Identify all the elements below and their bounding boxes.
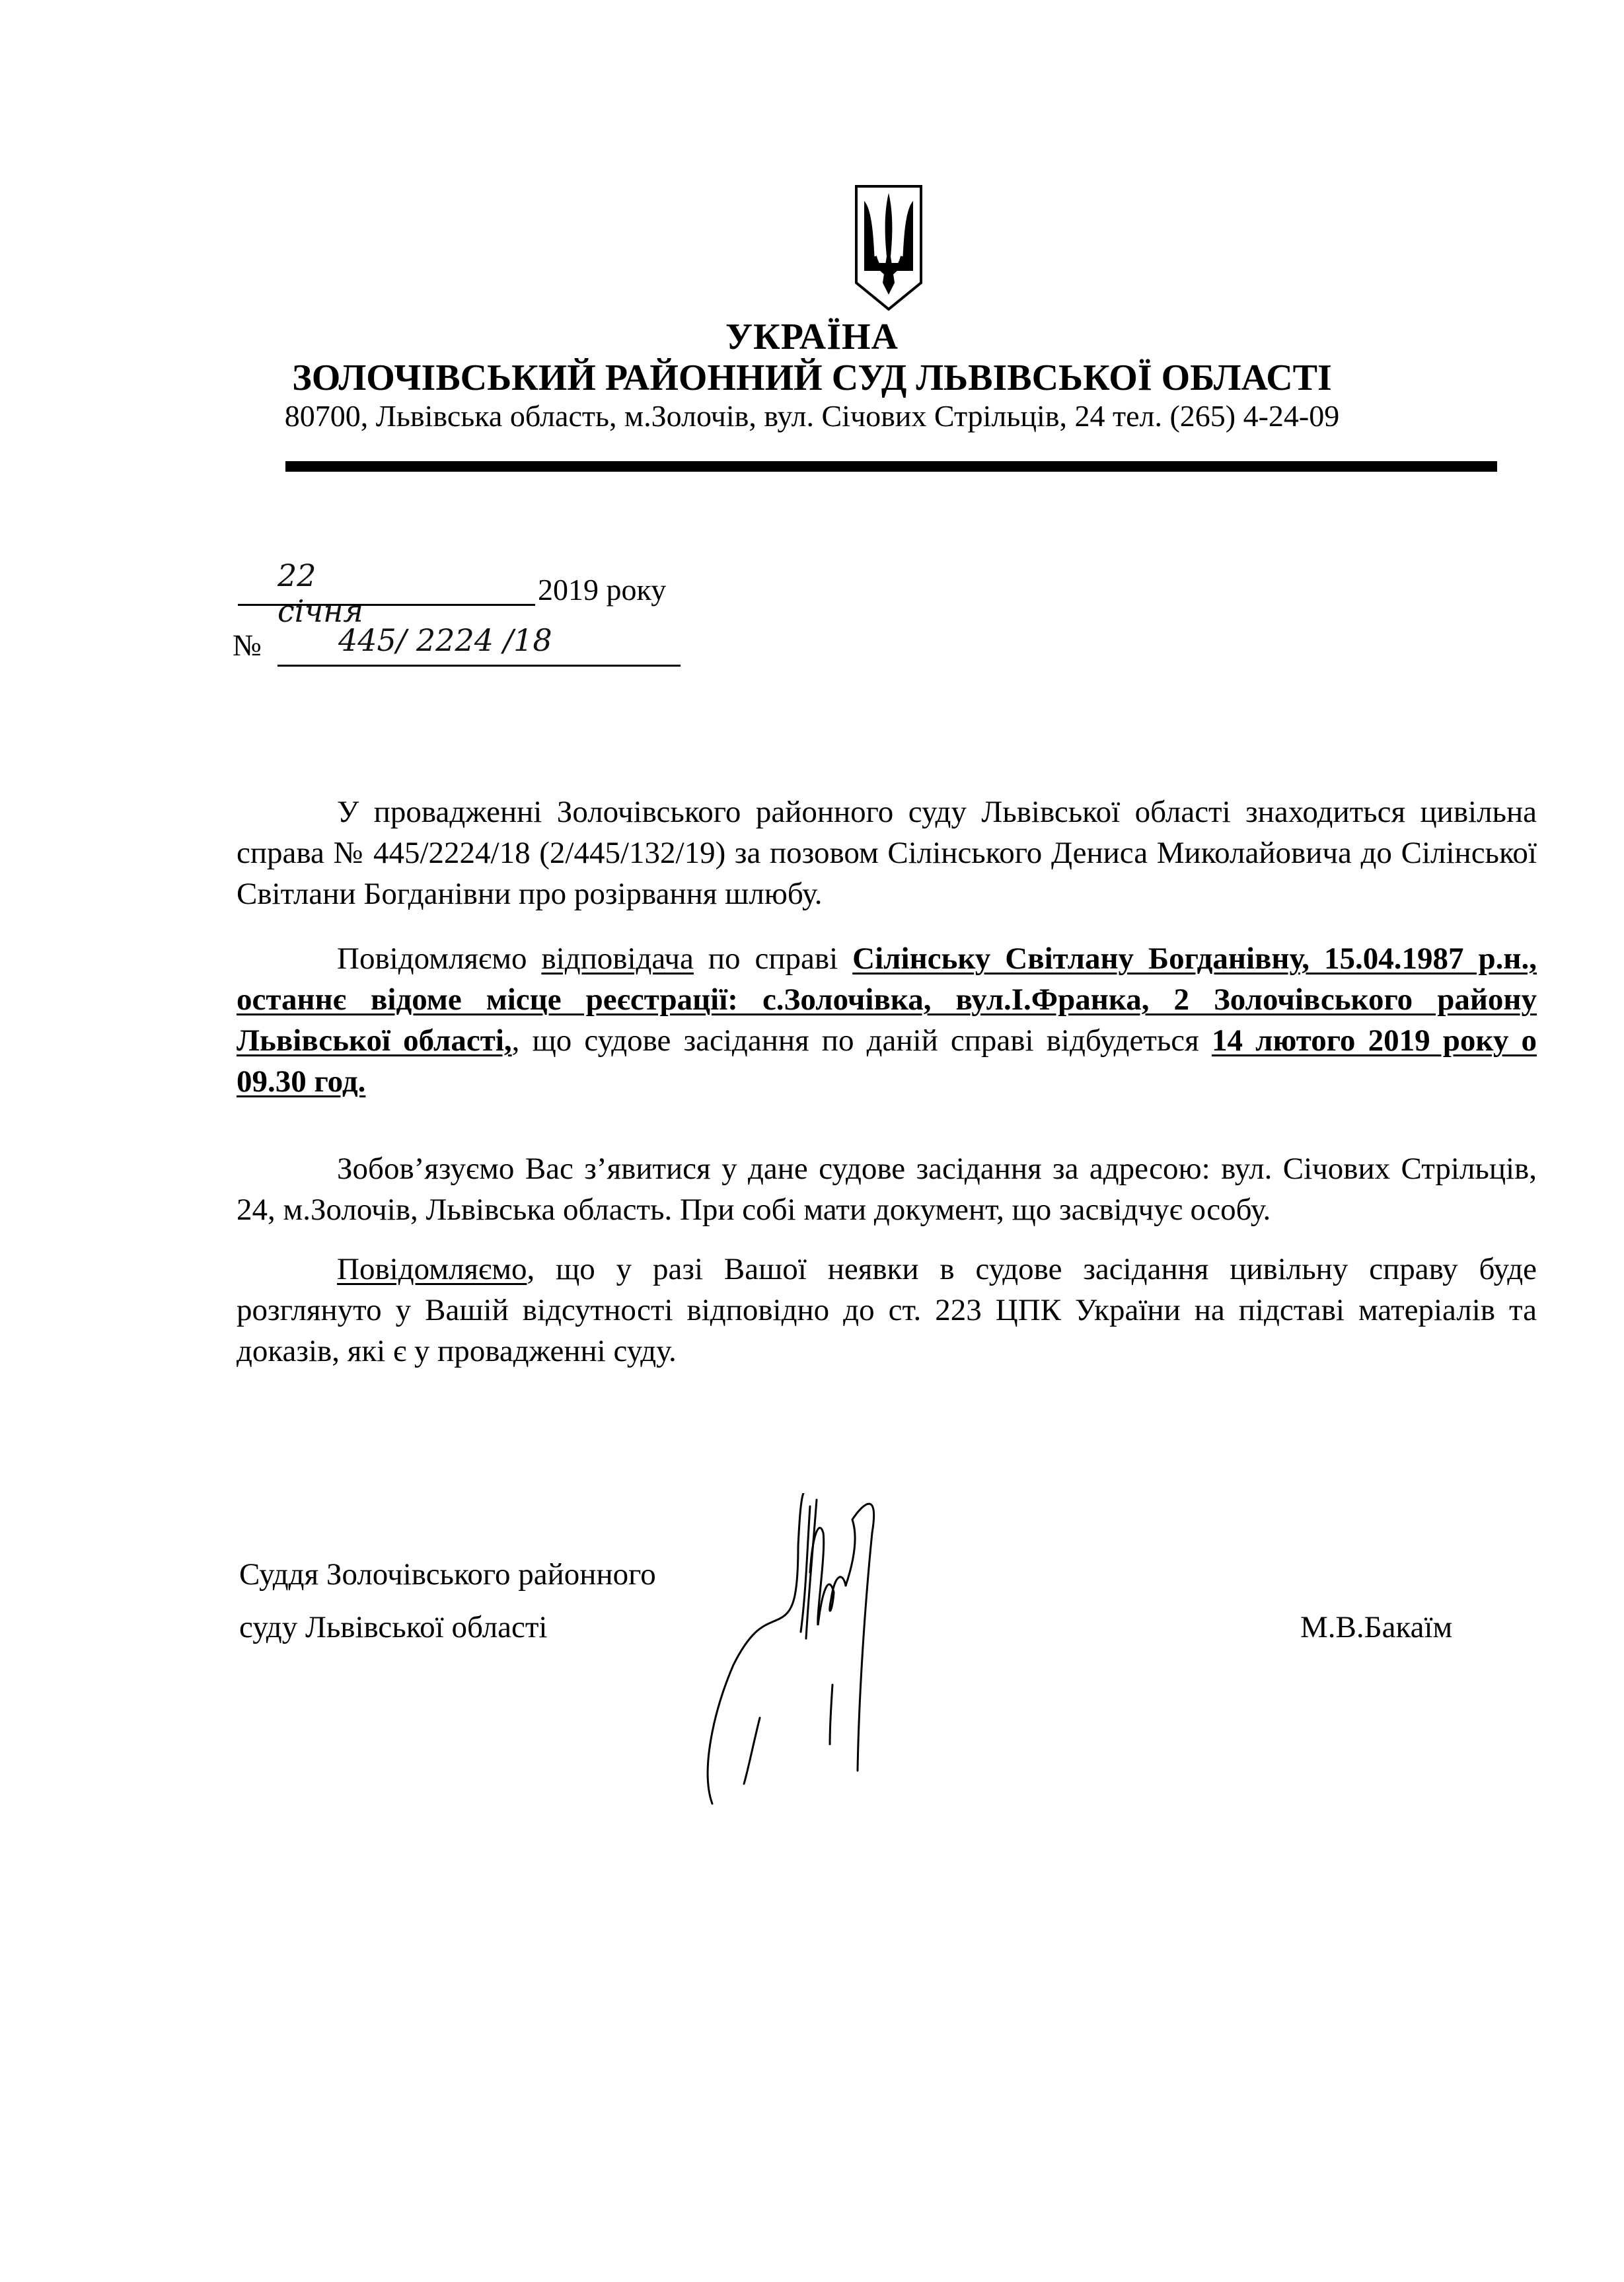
- paragraph-case-info: У провадженні Золочівського районного су…: [237, 791, 1537, 914]
- outgoing-number: № 445/ 2224 /18: [233, 628, 262, 663]
- notice-text-3: , що судове засідання по даній справі ві…: [512, 1023, 1212, 1058]
- judge-title-line2: суду Львівської області: [239, 1609, 548, 1645]
- date-underline: [238, 604, 535, 606]
- country-title: УКРАЇНА: [0, 316, 1624, 358]
- handwritten-date: 22 січня: [277, 558, 363, 629]
- court-name: ЗОЛОЧІВСЬКИЙ РАЙОННИЙ СУД ЛЬВІВСЬКОЇ ОБЛ…: [0, 357, 1624, 399]
- date-year: 2019 року: [538, 572, 666, 607]
- judge-name: М.В.Бакаїм: [1300, 1609, 1452, 1645]
- paragraph-summons: Зобов’язуємо Вас з’явитися у дане судове…: [237, 1148, 1537, 1230]
- notice-text: Повідомляємо: [337, 941, 541, 976]
- court-address: 80700, Львівська область, м.Золочів, вул…: [0, 398, 1624, 433]
- paragraph-warning: Повідомляємо, що у разі Вашої неявки в с…: [237, 1249, 1537, 1372]
- number-label: №: [233, 628, 262, 662]
- judge-title-line1: Суддя Золочівського районного: [239, 1557, 656, 1592]
- trident-emblem-icon: [854, 184, 924, 312]
- handwritten-number: 445/ 2224 /18: [338, 622, 552, 658]
- number-underline: [277, 665, 681, 667]
- handwritten-signature-icon: [687, 1493, 1150, 1810]
- defendant-label: відповідача: [541, 941, 693, 976]
- notice-text-2: по справі: [694, 941, 852, 976]
- warning-lead: Повідомляємо: [337, 1252, 527, 1286]
- paragraph-notice: Повідомляємо відповідача по справі Сілін…: [237, 938, 1537, 1102]
- header-divider: [285, 461, 1497, 472]
